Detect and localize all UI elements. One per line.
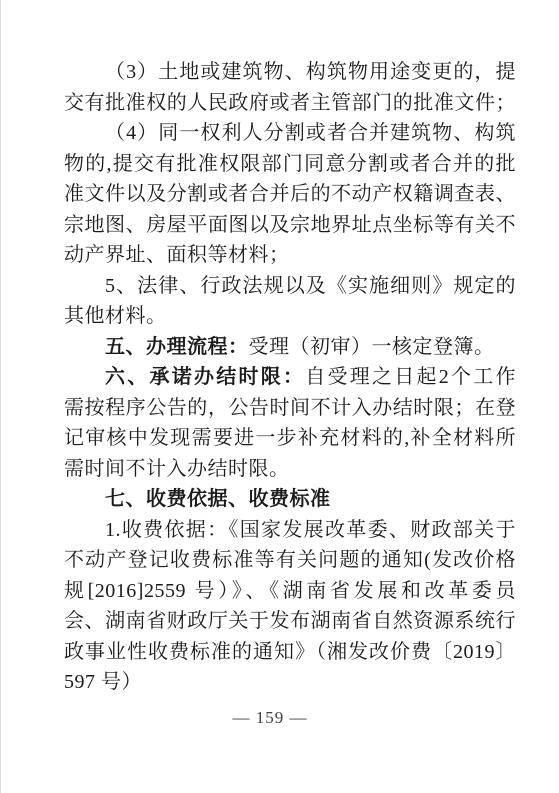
text-line: （4）同一权利人分割或者合并建筑物、构筑: [64, 118, 516, 149]
text-line-heading-6: 六、承诺办结时限：自受理之日起2个工作日。: [64, 362, 516, 393]
section-heading-label: 七、收费依据、收费标准: [105, 488, 331, 510]
text-line: 不动产登记收费标准等有关问题的通知(发改价格: [64, 545, 516, 576]
text-segment: 受理（初审）一核定登簿。: [249, 336, 495, 358]
text-line: 其他材料。: [64, 301, 516, 332]
text-line: 规[2016]2559 号）》、《湖南省发展和改革委员: [64, 576, 516, 607]
text-line: 宗地图、房屋平面图以及宗地界址点坐标等有关不: [64, 210, 516, 241]
document-page: （3）土地或建筑物、构筑物用途变更的，提 交有批准权的人民政府或者主管部门的批准…: [0, 0, 559, 793]
text-line-heading-5: 五、办理流程：受理（初审）一核定登簿。: [64, 332, 516, 363]
text-line: 需时间不计入办结时限。: [64, 454, 516, 485]
text-line-heading-7: 七、收费依据、收费标准: [64, 484, 516, 515]
page-number: — 159 —: [0, 708, 540, 728]
text-line: 动产界址、面积等材料；: [64, 240, 516, 271]
text-line: 会、湖南省财政厅关于发布湖南省自然资源系统行: [64, 606, 516, 637]
text-line: 5、法律、行政法规以及《实施细则》规定的: [64, 271, 516, 302]
text-line: 政事业性收费标准的通知》（湘发改价费〔2019〕: [64, 637, 516, 668]
text-line: 597 号）: [64, 667, 516, 698]
text-line: （3）土地或建筑物、构筑物用途变更的，提: [64, 57, 516, 88]
text-line: 交有批准权的人民政府或者主管部门的批准文件；: [64, 88, 516, 119]
text-line: 准文件以及分割或者合并后的不动产权籍调查表、: [64, 179, 516, 210]
section-heading-label: 六、承诺办结时限：: [105, 366, 305, 388]
section-heading-label: 五、办理流程：: [105, 336, 249, 358]
text-line: 1.收费依据：《国家发展改革委、财政部关于: [64, 515, 516, 546]
document-body: （3）土地或建筑物、构筑物用途变更的，提 交有批准权的人民政府或者主管部门的批准…: [64, 57, 516, 698]
text-line: 需按程序公告的，公告时间不计入办结时限；在登: [64, 393, 516, 424]
text-line: 记审核中发现需要进一步补充材料的,补全材料所: [64, 423, 516, 454]
text-line: 物的,提交有批准权限部门同意分割或者合并的批: [64, 149, 516, 180]
